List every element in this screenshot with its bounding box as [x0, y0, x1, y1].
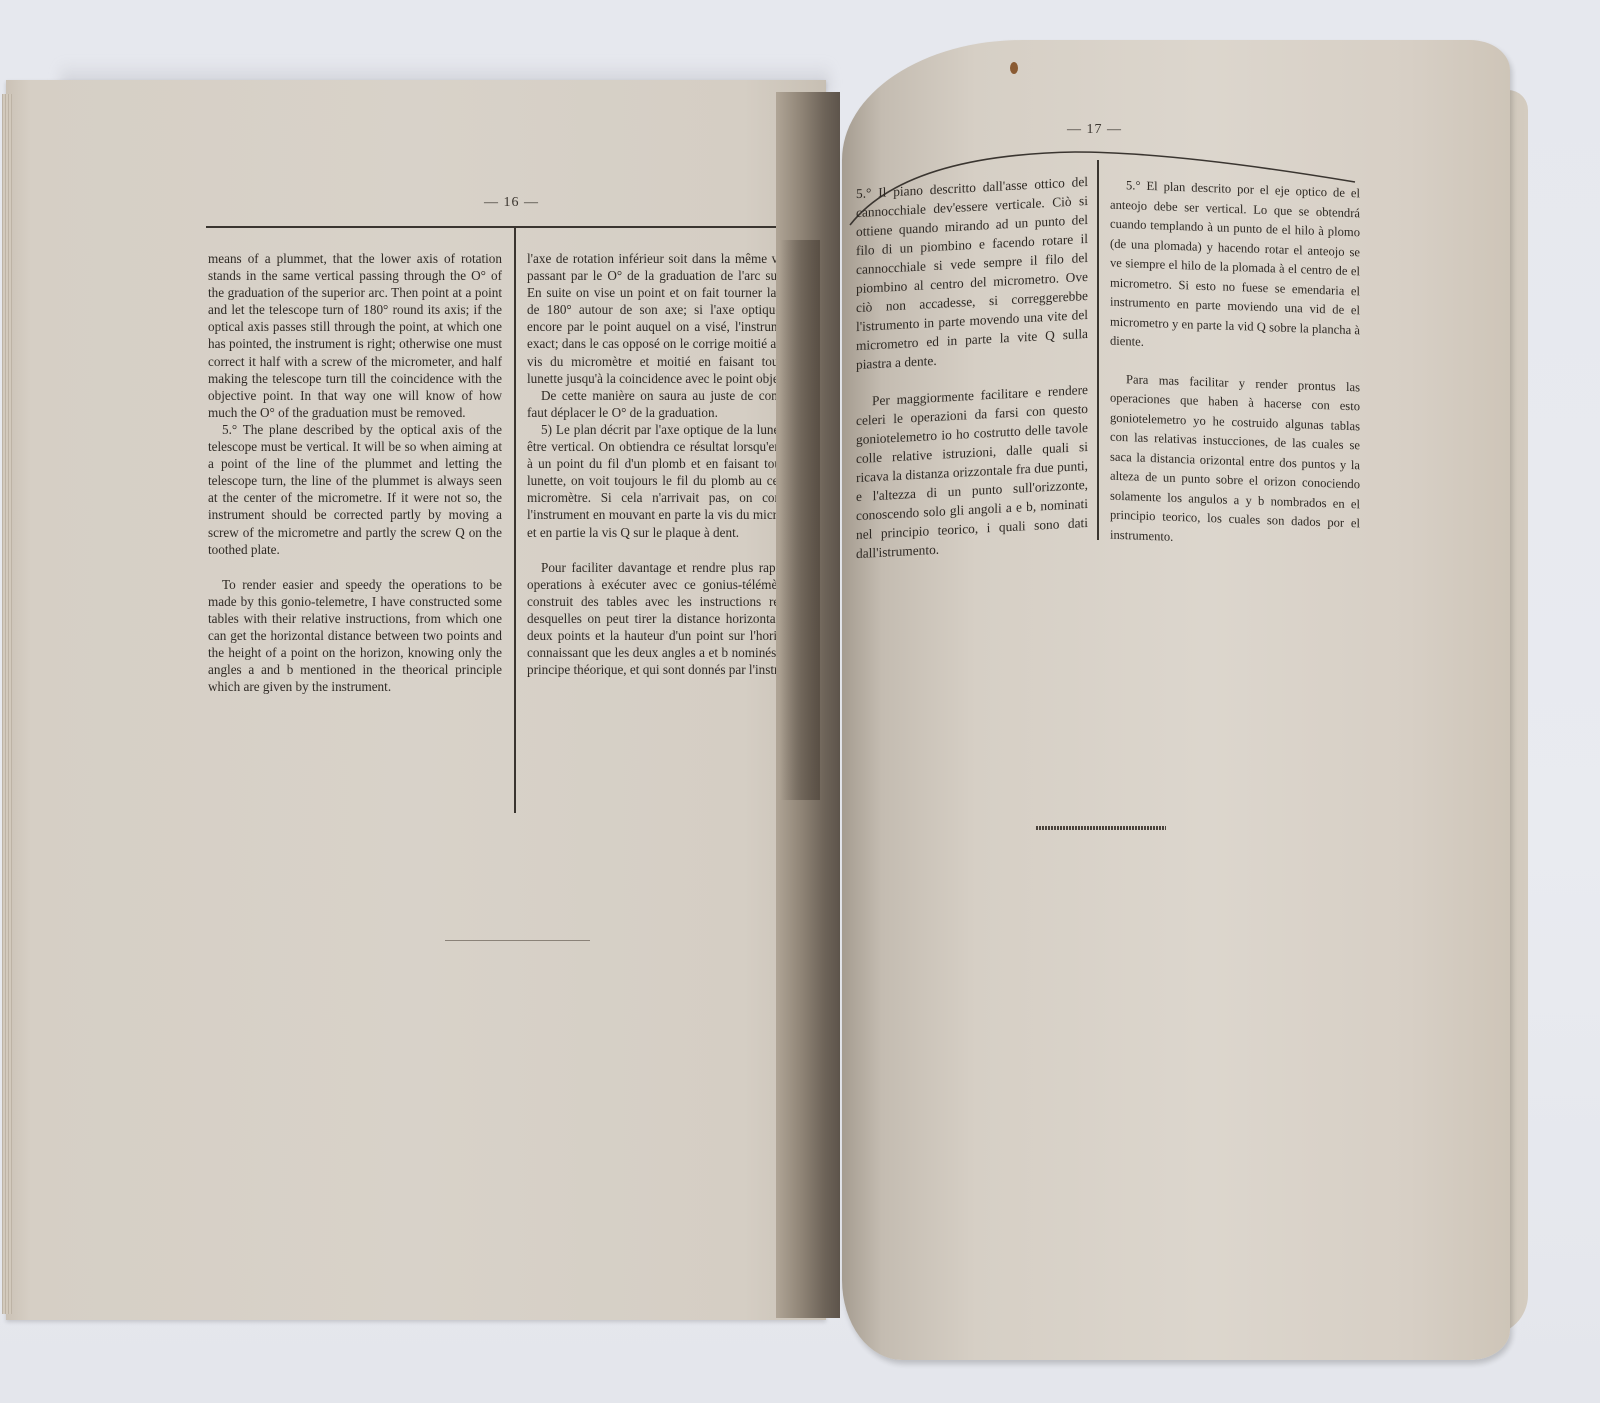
column-divider-left [514, 228, 516, 813]
header-rule-left [206, 226, 796, 228]
french-column: l'axe de rotation inférieur soit dans la… [527, 250, 817, 678]
french-paragraph: 5) Le plan décrit par l'axe optique de l… [527, 421, 817, 541]
french-paragraph: De cette manière on saura au juste de co… [527, 387, 817, 421]
english-column: means of a plummet, that the lower axis … [208, 250, 502, 695]
end-rule-right [1036, 826, 1166, 830]
spanish-paragraph: Para mas facilitar y render prontus las … [1110, 369, 1360, 553]
column-divider-right [1097, 160, 1099, 540]
english-paragraph: means of a plummet, that the lower axis … [208, 250, 502, 421]
page-stack-edge [2, 94, 12, 1314]
paper-hole [1010, 62, 1018, 74]
italian-paragraph: Per maggiormente facilitare e rendere ce… [856, 380, 1088, 563]
english-paragraph: To render easier and speedy the operatio… [208, 576, 502, 696]
italian-column: 5.° Il piano descritto dall'asse ottico … [856, 172, 1088, 563]
french-paragraph: l'axe de rotation inférieur soit dans la… [527, 250, 817, 387]
french-paragraph: Pour faciliter davantage et rendre plus … [527, 559, 817, 679]
spanish-column: 5.° El plan descrito por el eje optico d… [1110, 176, 1360, 554]
page-number-17: — 17 — [1067, 122, 1122, 138]
english-paragraph: 5.° The plane described by the optical a… [208, 421, 502, 558]
end-rule-left [445, 940, 590, 941]
spanish-paragraph: 5.° El plan descrito por el eje optico d… [1110, 176, 1360, 360]
page-number-16: — 16 — [484, 195, 539, 211]
gutter-shadow [780, 240, 820, 800]
italian-paragraph: 5.° Il piano descritto dall'asse ottico … [856, 172, 1088, 374]
